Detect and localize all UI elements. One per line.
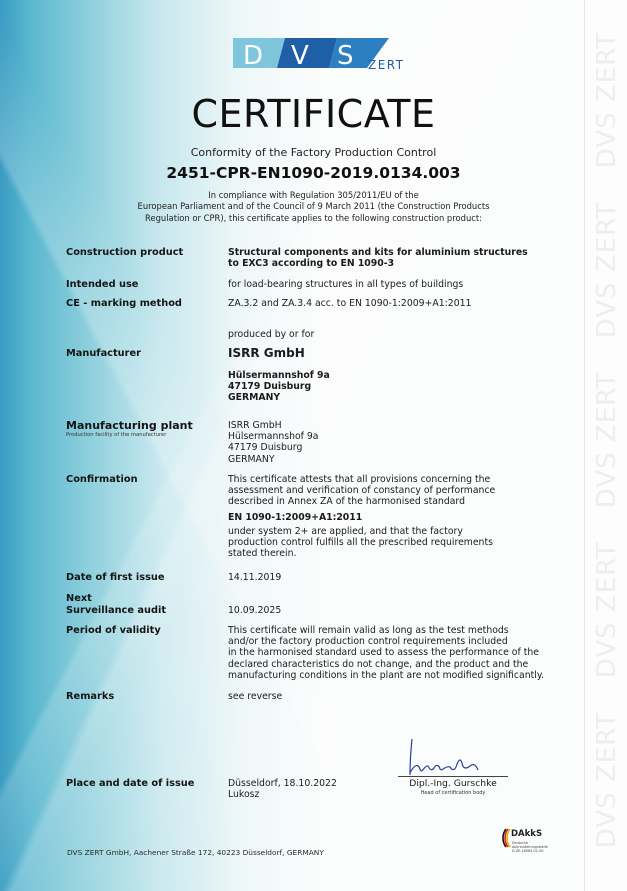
field-value: ZA.3.2 and ZA.3.4 acc. to EN 1090-1:2009… bbox=[228, 298, 471, 309]
field-value: 10.09.2025 bbox=[228, 605, 281, 616]
field-value: ISRR GmbH Hülsermannshof 9a 47179 Duisbu… bbox=[228, 420, 319, 465]
field-value: for load-bearing structures in all types… bbox=[228, 279, 463, 290]
field-value: produced by or for bbox=[228, 329, 314, 340]
field-value: see reverse bbox=[228, 691, 282, 702]
compliance-statement: In compliance with Regulation 305/2011/E… bbox=[0, 190, 627, 224]
svg-text:V: V bbox=[291, 41, 309, 70]
field-label: Place and date of issue bbox=[66, 778, 194, 790]
signature-line bbox=[398, 776, 508, 777]
field-value: This certificate attests that all provis… bbox=[228, 474, 495, 559]
field-sublabel: Production facility of the manufacturer bbox=[66, 432, 193, 439]
field-value: Structural components and kits for alumi… bbox=[228, 247, 528, 269]
field-label: Date of first issue bbox=[66, 572, 165, 584]
certificate-title: CERTIFICATE bbox=[0, 92, 627, 136]
field-label: Next Surveillance audit bbox=[66, 593, 166, 617]
dvs-zert-logo: D V S ZERT bbox=[233, 36, 403, 68]
svg-text:S: S bbox=[337, 41, 354, 70]
certificate-subtitle: Conformity of the Factory Production Con… bbox=[0, 146, 627, 159]
watermark-text: DVS ZERT bbox=[587, 680, 627, 880]
field-label: Confirmation bbox=[66, 474, 138, 486]
field-label: Period of validity bbox=[66, 625, 161, 637]
field-label: CE - marking method bbox=[66, 298, 182, 310]
confirmation-standard: EN 1090-1:2009+A1:2011 bbox=[228, 512, 495, 523]
field-value: 14.11.2019 bbox=[228, 572, 281, 583]
field-label: Manufacturing plant Production facility … bbox=[66, 420, 193, 439]
signature-block: Dipl.-Ing. Gurschke Head of certificatio… bbox=[398, 735, 508, 801]
svg-text:D: D bbox=[243, 41, 263, 70]
manufacturer-address: Hülsermannshof 9a 47179 Duisburg GERMANY bbox=[228, 370, 330, 404]
field-label: Remarks bbox=[66, 691, 114, 703]
manufacturer-name: ISRR GmbH bbox=[228, 348, 305, 359]
field-label: Manufacturer bbox=[66, 348, 141, 360]
field-label: Construction product bbox=[66, 247, 183, 259]
dakks-accreditation-logo: DAkkS Deutsche Akkreditierungsstelle D-Z… bbox=[500, 828, 570, 860]
signatory-name: Dipl.-Ing. Gurschke bbox=[398, 778, 508, 789]
svg-text:ZERT: ZERT bbox=[368, 58, 403, 70]
field-value: This certificate will remain valid as lo… bbox=[228, 625, 544, 681]
signatory-role: Head of certification body bbox=[398, 790, 508, 796]
signature-icon bbox=[398, 735, 508, 777]
footer-address: DVS ZERT GmbH, Aachener Straße 172, 4022… bbox=[67, 848, 324, 857]
certificate-number: 2451-CPR-EN1090-2019.0134.003 bbox=[0, 164, 627, 182]
field-label: Intended use bbox=[66, 279, 138, 291]
field-value: Düsseldorf, 18.10.2022 Lukosz bbox=[228, 778, 337, 800]
